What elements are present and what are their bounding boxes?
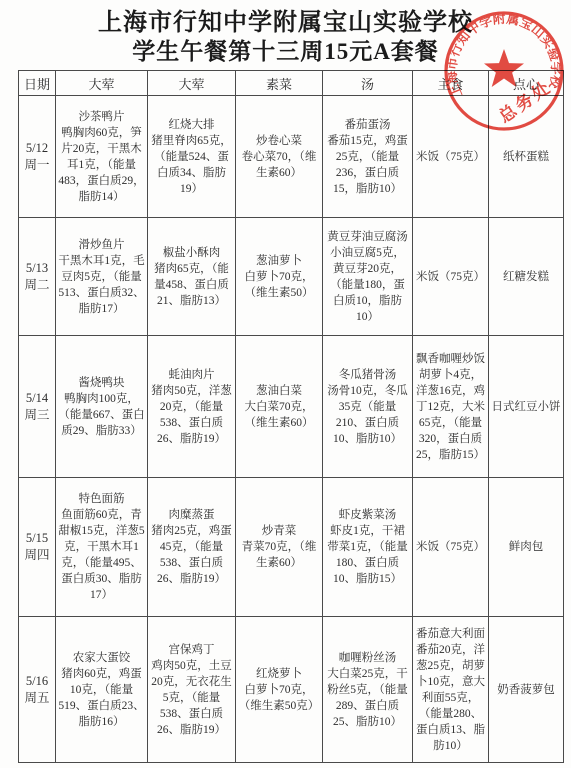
- menu-cell-meat2: 宫保鸡丁 鸡肉50克，土豆20克，无衣花生5克，（能量538、蛋白质26、脂肪1…: [148, 617, 236, 763]
- dish-detail: 大白菜25克，干粉丝5克，（能量289、蛋白质25、脂肪10）: [325, 666, 410, 730]
- dish-name: 番茄意大利面: [415, 626, 486, 642]
- dish-name: 奶香菠萝包: [491, 682, 561, 698]
- dish-name: 农家大蛋饺: [58, 650, 145, 666]
- date-cell: 5/14 周三: [19, 336, 56, 478]
- menu-cell-staple: 米饭（75克）: [413, 478, 489, 617]
- menu-cell-dessert: 红糖发糕: [489, 218, 564, 336]
- dish-name: 番茄蛋汤: [325, 117, 410, 133]
- header-dessert: 点心: [489, 71, 564, 96]
- dish-detail: 白萝卜70克，（维生素50克）: [238, 682, 320, 714]
- menu-cell-staple: 米饭（75克）: [413, 218, 489, 336]
- date-value: 5/13: [21, 260, 53, 277]
- menu-cell-meat1: 特色面筋 鱼面筋60克，青甜椒15克，洋葱5克，干黑木耳1克，（能量495、蛋白…: [56, 478, 148, 617]
- dish-detail: 番茄20克，洋葱25克，胡萝卜10克，意大利面55克，（能量280、蛋白质13、…: [415, 642, 486, 754]
- dish-name: 红糖发糕: [491, 269, 561, 285]
- table-row: 5/16 周五 农家大蛋饺 猪肉60克，鸡蛋10克，（能量519、蛋白质23、脂…: [19, 617, 564, 763]
- dish-name: 宫保鸡丁: [150, 642, 233, 658]
- dish-detail: 虾皮1克，干裙带菜1克，（能量180、蛋白质10、脂肪15）: [325, 523, 410, 587]
- menu-cell-vegetable: 葱油萝卜 白萝卜70克，（维生素50）: [236, 218, 323, 336]
- dish-name: 冬瓜猪骨汤: [325, 367, 410, 383]
- dish-detail: 鸡肉50克，土豆20克，无衣花生5克，（能量538、蛋白质26、脂肪19）: [150, 658, 233, 738]
- menu-cell-soup: 咖喱粉丝汤 大白菜25克，干粉丝5克，（能量289、蛋白质25、脂肪10）: [323, 617, 413, 763]
- menu-cell-dessert: 纸杯蛋糕: [489, 96, 564, 218]
- date-value: 5/12: [21, 140, 53, 157]
- dish-name: 飘香咖喱炒饭: [415, 351, 486, 367]
- header-staple: 主食: [413, 71, 489, 96]
- dish-name: 日式红豆小饼: [491, 399, 561, 415]
- dish-name: 肉糜蒸蛋: [150, 507, 233, 523]
- menu-cell-soup: 黄豆芽油豆腐汤 小油豆腐5克，黄豆芽20克，（能量180，蛋白质10，脂肪10）: [323, 218, 413, 336]
- dish-detail: 青菜70克，（维生素60）: [238, 539, 320, 571]
- header-meat1: 大荤: [56, 71, 148, 96]
- school-name: 上海市行知中学附属宝山实验学校: [0, 8, 571, 38]
- date-cell: 5/16 周五: [19, 617, 56, 763]
- dish-detail: 汤骨10克，冬瓜35克（能量210、蛋白质10、脂肪10）: [325, 383, 410, 447]
- dish-detail: 白萝卜70克，（维生素50）: [238, 269, 320, 301]
- menu-cell-soup: 冬瓜猪骨汤 汤骨10克，冬瓜35克（能量210、蛋白质10、脂肪10）: [323, 336, 413, 478]
- dish-name: 米饭（75克）: [415, 149, 486, 165]
- weekday-value: 周四: [21, 547, 53, 564]
- date-value: 5/15: [21, 530, 53, 547]
- menu-cell-staple: 米饭（75克）: [413, 96, 489, 218]
- dish-name: 纸杯蛋糕: [491, 149, 561, 165]
- menu-cell-dessert: 鲜肉包: [489, 478, 564, 617]
- menu-cell-meat2: 蚝油肉片 猪肉50克，洋葱20克，（能量538、蛋白质26、脂肪19）: [148, 336, 236, 478]
- menu-cell-vegetable: 红烧萝卜 白萝卜70克，（维生素50克）: [236, 617, 323, 763]
- dish-detail: 猪里脊肉65克，（能量524、蛋白质34、脂肪19）: [150, 133, 233, 197]
- dish-detail: 猪肉65克，（能量458、蛋白质21、脂肪13）: [150, 261, 233, 309]
- dish-detail: 干黑木耳1克，毛豆肉5克，（能量513、蛋白质32、脂肪17）: [58, 253, 145, 317]
- table-row: 5/13 周二 滑炒鱼片 干黑木耳1克，毛豆肉5克，（能量513、蛋白质32、脂…: [19, 218, 564, 336]
- dish-detail: 猪肉25克，鸡蛋45克，（能量538、蛋白质26、脂肪19）: [150, 523, 233, 587]
- menu-cell-soup: 虾皮紫菜汤 虾皮1克，干裙带菜1克，（能量180、蛋白质10、脂肪15）: [323, 478, 413, 617]
- header-meat2: 大荤: [148, 71, 236, 96]
- document-title: 上海市行知中学附属宝山实验学校 学生午餐第十三周15元A套餐: [0, 8, 571, 66]
- dish-detail: 鸭胸肉60克，笋片20克，干黑木耳1克，（能量483，蛋白质29，脂肪14）: [58, 125, 145, 205]
- dish-name: 炒青菜: [238, 523, 320, 539]
- header-row: 日期 大荤 大荤 素菜 汤 主食 点心: [19, 71, 564, 96]
- table-row: 5/15 周四 特色面筋 鱼面筋60克，青甜椒15克，洋葱5克，干黑木耳1克，（…: [19, 478, 564, 617]
- dish-name: 红烧大排: [150, 117, 233, 133]
- menu-cell-meat1: 滑炒鱼片 干黑木耳1克，毛豆肉5克，（能量513、蛋白质32、脂肪17）: [56, 218, 148, 336]
- menu-cell-meat1: 沙茶鸭片 鸭胸肉60克，笋片20克，干黑木耳1克，（能量483，蛋白质29，脂肪…: [56, 96, 148, 218]
- menu-document: 上海市行知中学附属宝山实验学校 学生午餐第十三周15元A套餐 日期 大荤 大荤 …: [0, 0, 571, 768]
- dish-name: 炒卷心菜: [238, 133, 320, 149]
- dish-detail: 猪肉50克，洋葱20克，（能量538、蛋白质26、脂肪19）: [150, 383, 233, 447]
- menu-cell-dessert: 奶香菠萝包: [489, 617, 564, 763]
- date-cell: 5/13 周二: [19, 218, 56, 336]
- dish-name: 滑炒鱼片: [58, 237, 145, 253]
- dish-name: 咖喱粉丝汤: [325, 650, 410, 666]
- menu-subtitle: 学生午餐第十三周15元A套餐: [0, 38, 571, 66]
- menu-cell-meat2: 红烧大排 猪里脊肉65克，（能量524、蛋白质34、脂肪19）: [148, 96, 236, 218]
- dish-detail: 大白菜70克，（维生素60）: [238, 399, 320, 431]
- weekday-value: 周五: [21, 690, 53, 707]
- menu-cell-meat1: 农家大蛋饺 猪肉60克，鸡蛋10克，（能量519、蛋白质23、脂肪16）: [56, 617, 148, 763]
- dish-detail: 番茄15克，鸡蛋25克，（能量236，蛋白质15，脂肪10）: [325, 133, 410, 197]
- date-value: 5/16: [21, 673, 53, 690]
- weekday-value: 周一: [21, 157, 53, 174]
- table-row: 5/12 周一 沙茶鸭片 鸭胸肉60克，笋片20克，干黑木耳1克，（能量483，…: [19, 96, 564, 218]
- weekday-value: 周二: [21, 277, 53, 294]
- dish-name: 蚝油肉片: [150, 367, 233, 383]
- menu-cell-vegetable: 炒青菜 青菜70克，（维生素60）: [236, 478, 323, 617]
- weekday-value: 周三: [21, 407, 53, 424]
- menu-cell-vegetable: 炒卷心菜 卷心菜70，（维生素60）: [236, 96, 323, 218]
- dish-detail: 卷心菜70，（维生素60）: [238, 149, 320, 181]
- menu-cell-vegetable: 葱油白菜 大白菜70克，（维生素60）: [236, 336, 323, 478]
- lunch-menu-table: 日期 大荤 大荤 素菜 汤 主食 点心 5/12 周一 沙茶鸭片 鸭胸肉60克，…: [18, 70, 564, 763]
- dish-name: 沙茶鸭片: [58, 109, 145, 125]
- menu-cell-staple: 番茄意大利面 番茄20克，洋葱25克，胡萝卜10克，意大利面55克，（能量280…: [413, 617, 489, 763]
- dish-detail: 小油豆腐5克，黄豆芽20克，（能量180，蛋白质10，脂肪10）: [325, 245, 410, 325]
- header-vegetable: 素菜: [236, 71, 323, 96]
- dish-name: 酱烧鸭块: [58, 375, 145, 391]
- table-row: 5/14 周三 酱烧鸭块 鸭胸肉100克，（能量667、蛋白质29、脂肪33） …: [19, 336, 564, 478]
- dish-detail: 猪肉60克，鸡蛋10克，（能量519、蛋白质23、脂肪16）: [58, 666, 145, 730]
- dish-name: 米饭（75克）: [415, 269, 486, 285]
- dish-detail: 胡萝卜4克，洋葱16克，鸡丁12克，大米65克，（能量320，蛋白质25，脂肪1…: [415, 367, 486, 463]
- date-cell: 5/12 周一: [19, 96, 56, 218]
- menu-cell-staple: 飘香咖喱炒饭 胡萝卜4克，洋葱16克，鸡丁12克，大米65克，（能量320，蛋白…: [413, 336, 489, 478]
- menu-cell-meat2: 椒盐小酥肉 猪肉65克，（能量458、蛋白质21、脂肪13）: [148, 218, 236, 336]
- dish-detail: 鸭胸肉100克，（能量667、蛋白质29、脂肪33）: [58, 391, 145, 439]
- menu-cell-dessert: 日式红豆小饼: [489, 336, 564, 478]
- dish-name: 葱油白菜: [238, 383, 320, 399]
- date-value: 5/14: [21, 390, 53, 407]
- dish-name: 红烧萝卜: [238, 666, 320, 682]
- date-cell: 5/15 周四: [19, 478, 56, 617]
- dish-name: 葱油萝卜: [238, 253, 320, 269]
- menu-cell-meat2: 肉糜蒸蛋 猪肉25克，鸡蛋45克，（能量538、蛋白质26、脂肪19）: [148, 478, 236, 617]
- menu-cell-soup: 番茄蛋汤 番茄15克，鸡蛋25克，（能量236，蛋白质15，脂肪10）: [323, 96, 413, 218]
- dish-name: 椒盐小酥肉: [150, 245, 233, 261]
- header-soup: 汤: [323, 71, 413, 96]
- dish-name: 黄豆芽油豆腐汤: [325, 229, 410, 245]
- dish-name: 米饭（75克）: [415, 539, 486, 555]
- menu-cell-meat1: 酱烧鸭块 鸭胸肉100克，（能量667、蛋白质29、脂肪33）: [56, 336, 148, 478]
- dish-name: 鲜肉包: [491, 539, 561, 555]
- dish-name: 特色面筋: [58, 491, 145, 507]
- dish-name: 虾皮紫菜汤: [325, 507, 410, 523]
- dish-detail: 鱼面筋60克，青甜椒15克，洋葱5克，干黑木耳1克，（能量495、蛋白质30、脂…: [58, 507, 145, 603]
- header-date: 日期: [19, 71, 56, 96]
